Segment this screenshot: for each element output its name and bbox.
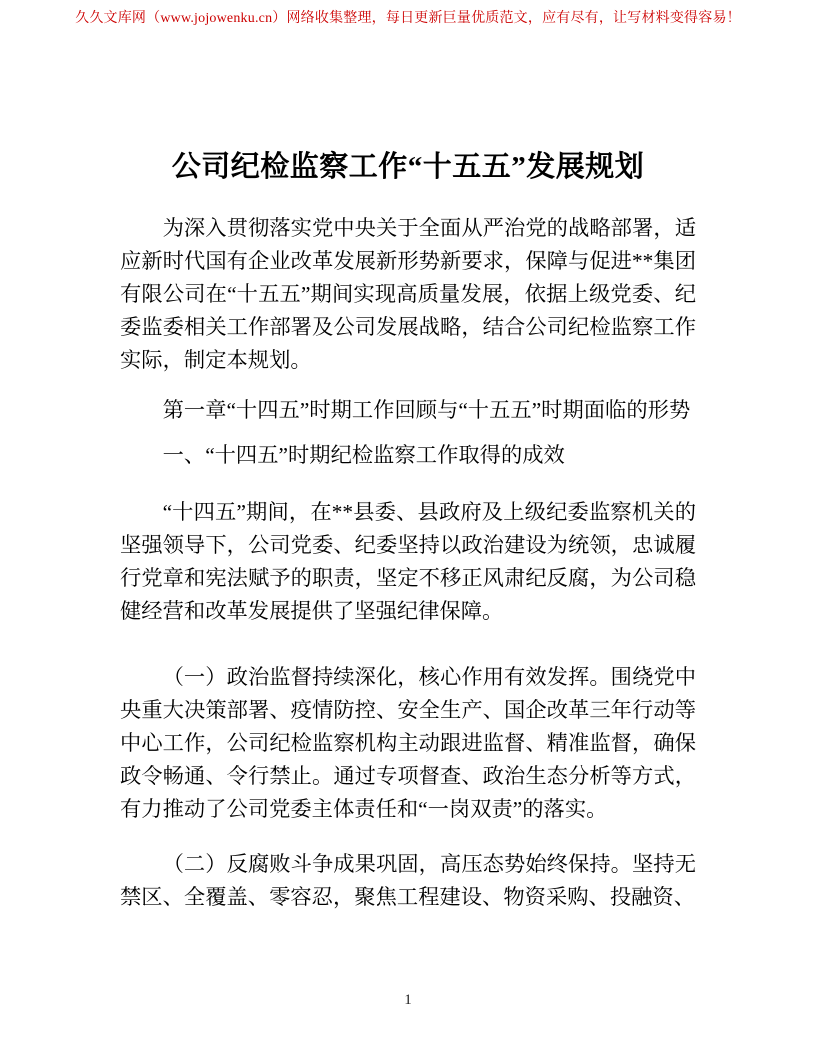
document-content: 公司纪检监察工作“十五五”发展规划 为深入贯彻落实党中央关于全面从严治党的战略部…: [120, 147, 696, 914]
section-1-heading: 一、“十四五”时期纪检监察工作取得的成效: [120, 439, 696, 472]
document-title: 公司纪检监察工作“十五五”发展规划: [120, 147, 696, 187]
achievement-item-1-paragraph: （一）政治监督持续深化，核心作用有效发挥。围绕党中央重大决策部署、疫情防控、安全…: [120, 661, 696, 826]
watermark-header-note: 久久文库网（www.jojowenku.cn）网络收集整理，每日更新巨量优质范文…: [0, 0, 816, 29]
page-number: 1: [0, 991, 816, 1009]
section-1-body-paragraph: “十四五”期间，在**县委、县政府及上级纪委监察机关的坚强领导下，公司党委、纪委…: [120, 496, 696, 628]
achievement-item-2-paragraph: （二）反腐败斗争成果巩固，高压态势始终保持。坚持无禁区、全覆盖、零容忍，聚焦工程…: [120, 848, 696, 914]
chapter-1-heading: 第一章“十四五”时期工作回顾与“十五五”时期面临的形势: [120, 394, 696, 427]
paragraph-intro: 为深入贯彻落实党中央关于全面从严治党的战略部署，适应新时代国有企业改革发展新形势…: [120, 212, 696, 377]
document-page: 久久文库网（www.jojowenku.cn）网络收集整理，每日更新巨量优质范文…: [0, 0, 816, 1056]
